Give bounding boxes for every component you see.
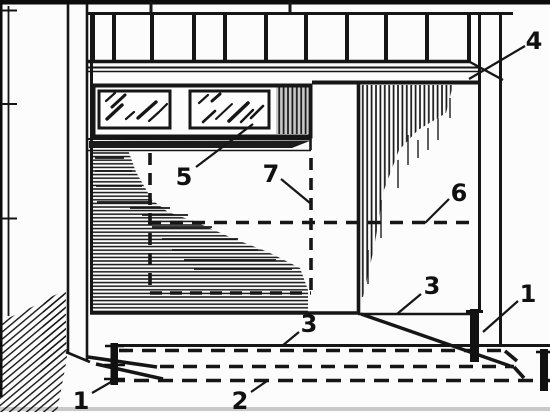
callout-1-left: 1	[73, 387, 90, 413]
callout-2: 2	[232, 387, 249, 413]
callout-6: 6	[451, 179, 468, 207]
callout-3-lower: 3	[301, 310, 318, 338]
figure-drawing: 5 7 4 6 3 1 3 2 1	[0, 0, 550, 413]
callout-7: 7	[263, 160, 280, 188]
callout-3-upper: 3	[424, 272, 441, 300]
diagram-canvas: 5 7 4 6 3 1 3 2 1	[0, 0, 550, 413]
callout-1-right: 1	[520, 280, 537, 308]
callout-4: 4	[526, 27, 543, 55]
callout-5: 5	[176, 163, 193, 191]
top-border-bar	[0, 0, 550, 5]
